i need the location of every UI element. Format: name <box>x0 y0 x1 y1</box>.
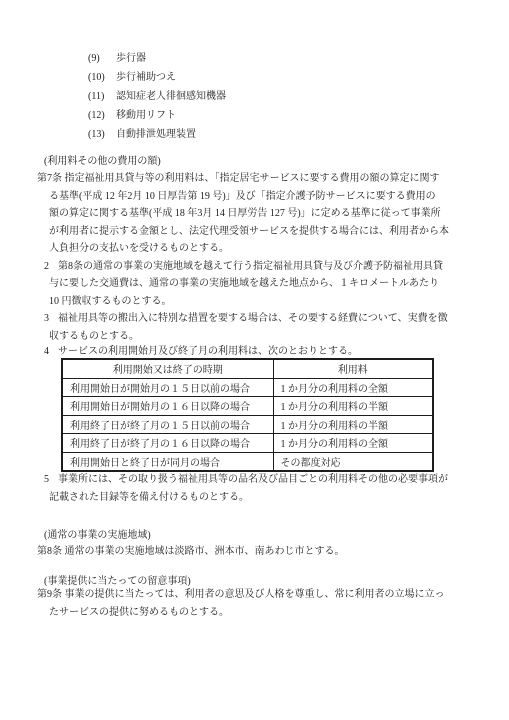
article-7-para-5: 5 事業所には、その取り扱う福祉用具等の品名及び品目ごとの利用料その他の必要事項… <box>0 471 509 506</box>
paragraph-line: 5 事業所には、その取り扱う福祉用具等の品名及び品目ごとの利用料その他の必要事項… <box>44 471 509 489</box>
cell-period: 利用終了日が終了月の１５日以前の場合 <box>62 415 273 434</box>
fee-table-row: 利用終了日が終了月の１５日以前の場合 1 か月分の利用料の半額 <box>62 415 433 434</box>
article-7-line: る基準(平成 12 年2月 10 日厚告第 19 号)」及び「指定介護予防サービ… <box>49 188 509 206</box>
cell-period: 利用開始日と終了日が同月の場合 <box>62 452 273 471</box>
item-label: 自動排泄処理装置 <box>116 125 196 144</box>
paragraph-line: 2 第8条の通常の事業の実施地域を越えて行う指定福祉用具貸与及び介護予防福祉用具… <box>44 258 509 276</box>
item-label: 歩行補助つえ <box>116 68 176 87</box>
paragraph-line: 記載された目録等を備え付けるものとする。 <box>49 489 509 507</box>
list-item: (10) 歩行補助つえ <box>88 68 509 87</box>
paragraph-text: 事業所には、その取り扱う福祉用具等の品名及び品目ごとの利用料その他の必要事項が <box>58 471 448 489</box>
article-7-line: 人負担分の支払いを受けるものとする。 <box>49 240 509 258</box>
fee-table-header-fee: 利用料 <box>273 359 433 378</box>
list-item: (13) 自動排泄処理装置 <box>88 125 509 144</box>
fee-table: 利用開始又は終了の時期 利用料 利用開始日が開始月の１５日以前の場合 1 か月分… <box>61 358 434 472</box>
paragraph-text: 第8条の通常の事業の実施地域を越えて行う指定福祉用具貸与及び介護予防福祉用具貸 <box>58 258 443 276</box>
list-item: (9) 歩行器 <box>88 49 509 68</box>
document-page: (9) 歩行器 (10) 歩行補助つえ (11) 認知症老人徘徊感知機器 (12… <box>0 0 509 720</box>
fee-table-header-period: 利用開始又は終了の時期 <box>62 359 273 378</box>
article-9-line: たサービスの提供に努めるものとする。 <box>49 604 509 622</box>
paragraph-line: 与に要した交通費は、通常の事業の実施地域を越えた地点から、１キロメートルあたり <box>49 275 509 293</box>
item-number: (12) <box>88 106 116 125</box>
list-item: (11) 認知症老人徘徊感知機器 <box>88 87 509 106</box>
item-label: 認知症老人徘徊感知機器 <box>116 87 226 106</box>
paragraph-line: 3 福祉用具等の搬出入に特別な措置を要する場合は、その要する経費について、実費を… <box>44 310 509 328</box>
fee-table-row: 利用開始日が開始月の１５日以前の場合 1 か月分の利用料の全額 <box>62 378 433 397</box>
section-heading-area: (通常の事業の実施地域) <box>44 527 151 545</box>
article-7-para-3: 3 福祉用具等の搬出入に特別な措置を要する場合は、その要する経費について、実費を… <box>0 310 509 345</box>
article-7-line: 額の算定に関する基準(平成 18 年3月 14 日厚労告 127 号)」に定める… <box>49 205 509 223</box>
item-number: (13) <box>88 125 116 144</box>
paragraph-line: 10 円徴収するものとする。 <box>49 293 509 311</box>
item-number: (11) <box>88 87 116 106</box>
paragraph-number: 2 <box>44 258 58 276</box>
list-item: (12) 移動用リフト <box>88 106 509 125</box>
article-7-para-2: 2 第8条の通常の事業の実施地域を越えて行う指定福祉用具貸与及び介護予防福祉用具… <box>0 258 509 311</box>
cell-period: 利用開始日が開始月の１５日以前の場合 <box>62 378 273 397</box>
cell-fee: 1 か月分の利用料の全額 <box>273 434 433 453</box>
item-number: (9) <box>88 49 116 68</box>
section-heading-fees: (利用料その他の費用の額) <box>44 153 161 171</box>
cell-fee: 1 か月分の利用料の半額 <box>273 415 433 434</box>
paragraph-number: 5 <box>44 471 58 489</box>
paragraph-number: 3 <box>44 310 58 328</box>
fee-table-row: 利用終了日が終了月の１６日以降の場合 1 か月分の利用料の全額 <box>62 434 433 453</box>
paragraph-text: 福祉用具等の搬出入に特別な措置を要する場合は、その要する経費について、実費を徴 <box>58 310 448 328</box>
item-label: 歩行器 <box>116 49 146 68</box>
article-7: 第7条 指定福祉用具貸与等の利用料は、「指定居宅サービスに要する費用の額の算定に… <box>0 170 509 258</box>
article-8: 第8条 通常の事業の実施地域は淡路市、洲本市、南あわじ市とする。 <box>0 543 509 561</box>
equipment-list: (9) 歩行器 (10) 歩行補助つえ (11) 認知症老人徘徊感知機器 (12… <box>0 49 509 144</box>
fee-table-row: 利用開始日が開始月の１６日以降の場合 1 か月分の利用料の半額 <box>62 397 433 416</box>
item-number: (10) <box>88 68 116 87</box>
article-7-line: 第7条 指定福祉用具貸与等の利用料は、「指定居宅サービスに要する費用の額の算定に… <box>37 170 509 188</box>
item-label: 移動用リフト <box>116 106 176 125</box>
article-8-line: 第8条 通常の事業の実施地域は淡路市、洲本市、南あわじ市とする。 <box>37 543 509 561</box>
cell-fee: 1 か月分の利用料の半額 <box>273 397 433 416</box>
fee-table-row: 利用開始日と終了日が同月の場合 その都度対応 <box>62 452 433 471</box>
cell-fee: その都度対応 <box>273 452 433 471</box>
cell-period: 利用開始日が開始月の１６日以降の場合 <box>62 397 273 416</box>
article-9: 第9条 事業の提供に当たっては、利用者の意思及び人格を尊重し、常に利用者の立場に… <box>0 586 509 621</box>
article-9-line: 第9条 事業の提供に当たっては、利用者の意思及び人格を尊重し、常に利用者の立場に… <box>37 586 509 604</box>
cell-period: 利用終了日が終了月の１６日以降の場合 <box>62 434 273 453</box>
cell-fee: 1 か月分の利用料の全額 <box>273 378 433 397</box>
article-7-line: が利用者に提示する金額とし、法定代理受領サービスを提供する場合には、利用者から本 <box>49 223 509 241</box>
paragraph-number: 4 <box>44 343 58 361</box>
fee-table-header-row: 利用開始又は終了の時期 利用料 <box>62 359 433 378</box>
